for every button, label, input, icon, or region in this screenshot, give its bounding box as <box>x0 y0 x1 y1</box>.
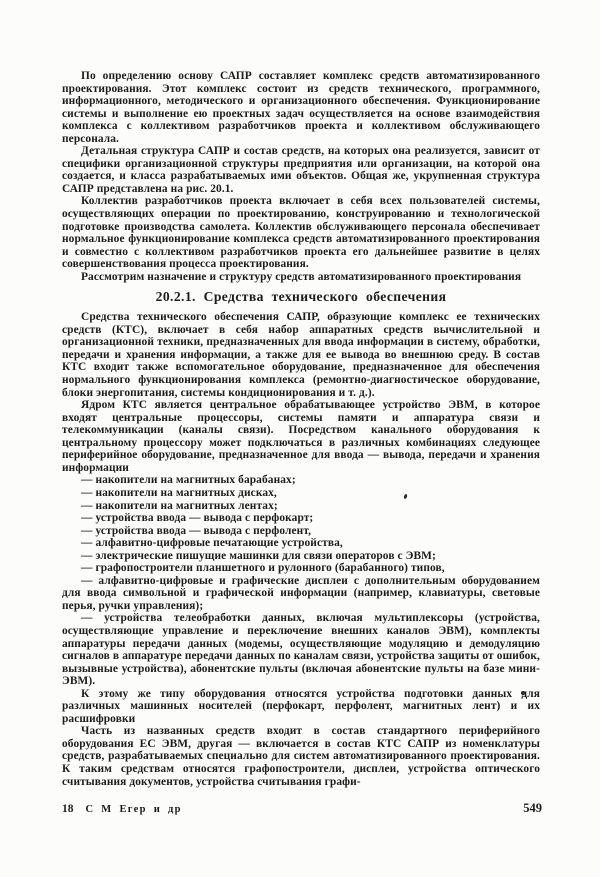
scan-speck <box>521 691 525 695</box>
print-signature-number: 18 <box>62 803 74 815</box>
equipment-list-item: — накопители на магнитных барабанах; <box>62 474 540 487</box>
equipment-list-item: — графопостроители планшетного и рулонно… <box>62 562 540 575</box>
equipment-list-item: — накопители на магнитных дисках, <box>62 487 540 500</box>
page-number: 549 <box>523 801 542 816</box>
page-text-block: По определению основу САПР составляет ко… <box>62 70 540 788</box>
equipment-list-item: — электрические пишущие машинки для связ… <box>62 550 540 563</box>
equipment-list-item: — устройства ввода — вывода с перфолент, <box>62 525 540 538</box>
footer-left-group: 18 С М Егер и др <box>62 803 182 815</box>
equipment-list-item: — устройства телеобработки данных, включ… <box>62 612 540 687</box>
body-paragraph: Ядром КТС является центральное обрабатыв… <box>62 399 540 474</box>
scanned-book-page: По определению основу САПР составляет ко… <box>0 0 600 877</box>
body-paragraph: Средства технического обеспечения САПР, … <box>62 311 540 399</box>
footer-authors: С М Егер и др <box>86 804 182 815</box>
body-paragraph: Рассмотрим назначение и структуру средст… <box>62 271 540 284</box>
equipment-list-item: — алфавитно-цифровые и графические диспл… <box>62 575 540 613</box>
equipment-list-item: — накопители на магнитных лентах; <box>62 500 540 513</box>
body-paragraph: Часть из названных средств входит в сост… <box>62 725 540 788</box>
equipment-list-item: — устройства ввода — вывода с перфокарт; <box>62 512 540 525</box>
equipment-list-item: — алфавитно-цифровые печатающие устройст… <box>62 537 540 550</box>
body-paragraph: Детальная структура САПР и состав средст… <box>62 145 540 195</box>
page-footer: 18 С М Егер и др 549 <box>62 801 542 816</box>
section-heading: 20.2.1. Средства технического обеспечени… <box>62 289 540 304</box>
body-paragraph: По определению основу САПР составляет ко… <box>62 70 540 145</box>
body-paragraph: Коллектив разработчиков проекта включает… <box>62 195 540 270</box>
body-paragraph: К этому же типу оборудования относятся у… <box>62 688 540 726</box>
